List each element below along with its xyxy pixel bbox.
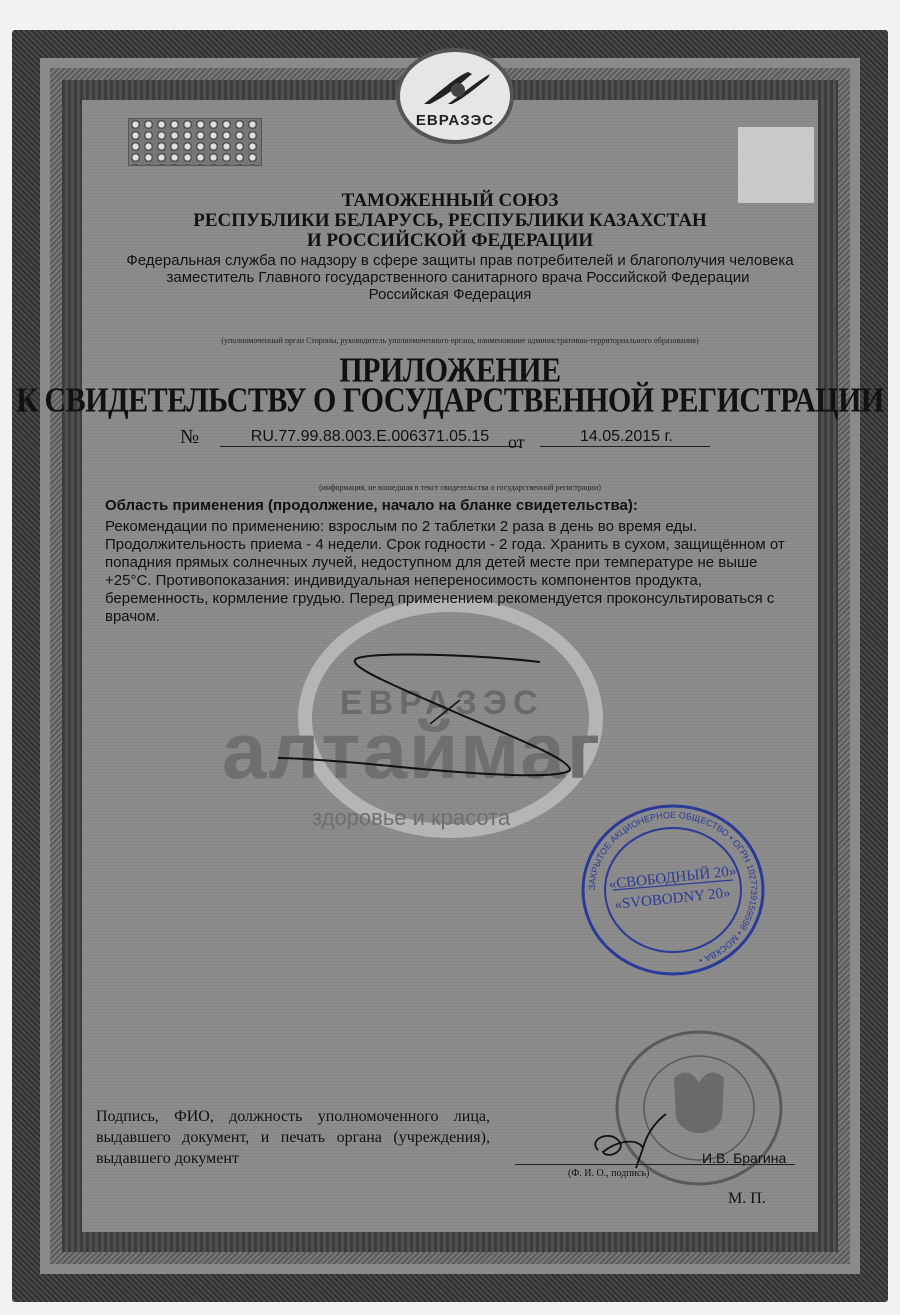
header-line-3: И РОССИЙСКОЙ ФЕДЕРАЦИИ (0, 230, 900, 252)
registration-number: RU.77.99.88.003.E.006371.05.15 (220, 428, 520, 447)
authority-caption: (уполномоченный орган Стороны, руководит… (10, 336, 900, 345)
registration-date: 14.05.2015 г. (540, 428, 710, 447)
emblem-swoosh-icon (422, 70, 492, 106)
number-label: № (180, 426, 199, 449)
security-pattern (128, 118, 262, 166)
handwritten-signature-icon (588, 1110, 678, 1170)
signature-line (515, 1164, 795, 1165)
agency-line-1: Федеральная служба по надзору в сфере за… (10, 252, 900, 269)
registration-caption: (информация, не вошедшая в текст свидете… (10, 483, 900, 492)
emblem-label: ЕВРАЗЭС (400, 112, 510, 129)
header-line-2: РЕСПУБЛИКИ БЕЛАРУСЬ, РЕСПУБЛИКИ КАЗАХСТА… (0, 210, 900, 232)
registration-line: № RU.77.99.88.003.E.006371.05.15 от 14.0… (180, 426, 740, 456)
date-label: от (508, 432, 525, 453)
title-line-2: К СВИДЕТЕЛЬСТВУ О ГОСУДАРСТВЕННОЙ РЕГИСТ… (0, 381, 900, 420)
fio-caption: (Ф. И. О., подпись) (568, 1168, 649, 1179)
signature-mark-icon (270, 640, 600, 780)
content-paragraph: Рекомендации по применению: взрослым по … (105, 518, 805, 626)
company-stamp-icon: ЗАКРЫТОЕ АКЦИОНЕРНОЕ ОБЩЕСТВО • ОГРН 102… (578, 800, 768, 980)
watermark-tagline: здоровье и красота (312, 805, 510, 831)
signature-instructions: Подпись, ФИО, должность уполномоченного … (96, 1106, 490, 1169)
agency-line-3: Российская Федерация (0, 286, 900, 303)
seal-label: М. П. (728, 1190, 766, 1208)
header-line-1: ТАМОЖЕННЫЙ СОЮЗ (0, 190, 900, 212)
agency-line-2: заместитель Главного государственного са… (8, 269, 900, 286)
content-heading: Область применения (продолжение, начало … (105, 497, 805, 515)
eurasec-emblem-icon: ЕВРАЗЭС (396, 48, 514, 144)
content-block: Область применения (продолжение, начало … (105, 497, 805, 626)
